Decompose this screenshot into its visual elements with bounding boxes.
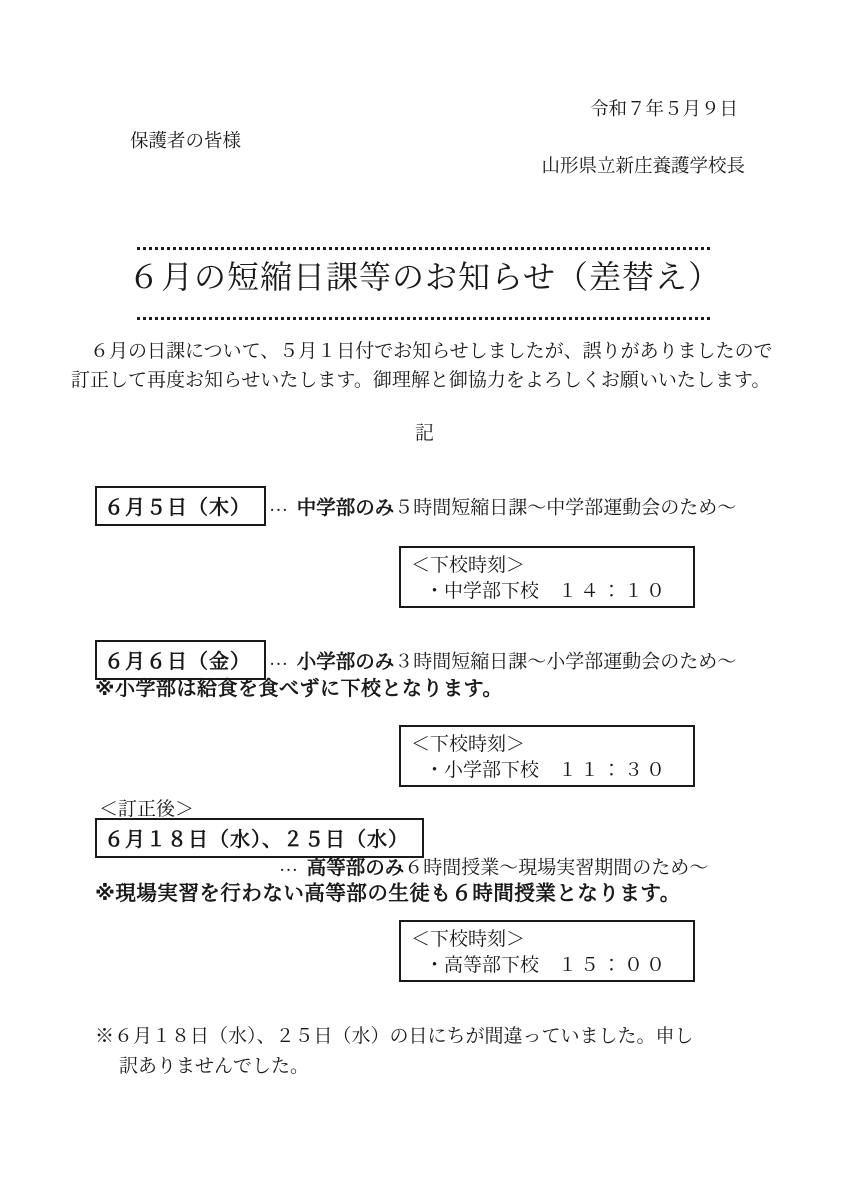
correction-label: ＜訂正後＞: [99, 794, 194, 821]
dismissal-label: ・中学部下校: [425, 581, 558, 602]
entry-june5-date-box: ６月５日（木）: [95, 486, 266, 526]
recipient-line: 保護者の皆様: [130, 127, 241, 153]
dismissal-time-line: ・中学部下校 １４：１０: [411, 579, 683, 605]
entry-june5-target: 中学部のみ: [297, 497, 395, 519]
entry-june6-leader: …: [266, 649, 292, 670]
apology-line-2: 訳ありませんでした。: [95, 1052, 694, 1082]
entry-june6-note: ※小学部は給食を食べずに下校となります。: [95, 672, 503, 701]
dismissal-time: １４：１０: [558, 581, 668, 602]
entry-june5-leader: …: [266, 495, 292, 516]
dismissal-time: １５：００: [558, 955, 668, 976]
apology-note: ※６月１８日（水）、２５日（水）の日にちが間違っていました。申し 訳ありませんで…: [95, 1022, 694, 1082]
sender-line: 山形県立新庄養護学校長: [541, 152, 745, 178]
notice-page: 令和７年５月９日 保護者の皆様 山形県立新庄養護学校長 ６月の短縮日課等のお知ら…: [0, 0, 849, 1200]
dismissal-box-high-school: ＜下校時刻＞ ・高等部下校 １５：００: [399, 920, 695, 982]
entry-june5-row: ６月５日（木）… 中学部のみ５時間短縮日課～中学部運動会のため～: [95, 486, 736, 526]
dismissal-box-elementary: ＜下校時刻＞ ・小学部下校 １１：３０: [399, 725, 695, 787]
title-dotted-rule-top: [137, 247, 710, 250]
entry-june6-description: ３時間短縮日課～小学部運動会のため～: [394, 652, 736, 673]
dismissal-box-junior-high: ＜下校時刻＞ ・中学部下校 １４：１０: [399, 546, 695, 608]
record-mark: 記: [0, 418, 849, 445]
dismissal-time-line: ・高等部下校 １５：００: [411, 953, 683, 979]
page-title: ６月の短縮日課等のお知らせ（差替え）: [0, 252, 849, 298]
dismissal-time: １１：３０: [558, 760, 668, 781]
entry-june18-25-note: ※現場実習を行わない高等部の生徒も６時間授業となります。: [95, 876, 681, 906]
entry-june5-description: ５時間短縮日課～中学部運動会のため～: [394, 498, 736, 519]
entry-june6-target: 小学部のみ: [297, 651, 395, 673]
intro-paragraph: ６月の日課について、５月１日付でお知らせしましたが、誤りがありましたので訂正して…: [71, 337, 783, 395]
dismissal-label: ・高等部下校: [425, 955, 558, 976]
dismissal-heading: ＜下校時刻＞: [411, 732, 683, 758]
dismissal-heading: ＜下校時刻＞: [411, 927, 683, 953]
apology-line-1: ※６月１８日（水）、２５日（水）の日にちが間違っていました。申し: [95, 1022, 694, 1052]
dismissal-heading: ＜下校時刻＞: [411, 553, 683, 579]
dismissal-time-line: ・小学部下校 １１：３０: [411, 758, 683, 784]
issue-date: 令和７年５月９日: [590, 95, 738, 121]
title-dotted-rule-bottom: [137, 317, 710, 320]
dismissal-label: ・小学部下校: [425, 760, 558, 781]
entry-june18-25-leader: …: [276, 855, 302, 876]
